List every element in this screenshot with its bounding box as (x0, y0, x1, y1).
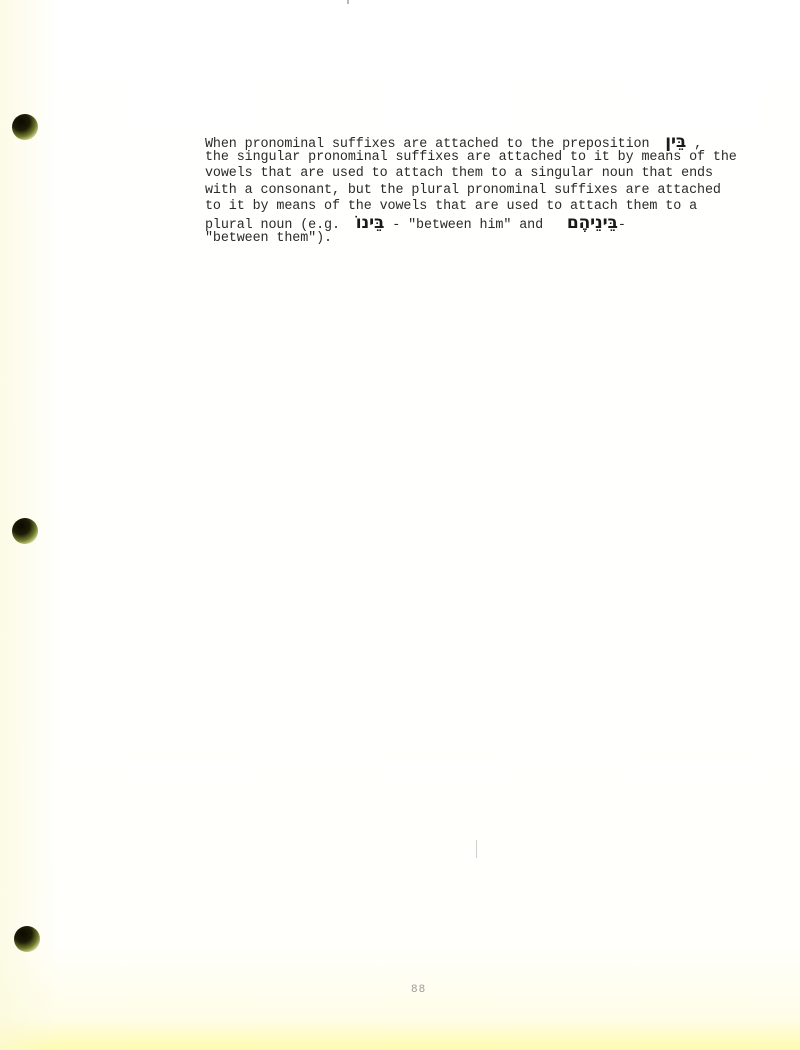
line-text: - "between him" and (384, 218, 567, 233)
body-paragraph: When pronominal suffixes are attached to… (205, 134, 765, 247)
punch-hole-icon (12, 518, 38, 544)
punch-hole-icon (12, 114, 38, 140)
text-line: with a consonant, but the plural pronomi… (205, 183, 765, 199)
text-line: vowels that are used to attach them to a… (205, 166, 765, 182)
text-line: to it by means of the vowels that are us… (205, 199, 765, 215)
text-line: When pronominal suffixes are attached to… (205, 134, 765, 150)
line-text: to it by means of the vowels that are us… (205, 199, 697, 214)
line-text: the singular pronominal suffixes are att… (205, 150, 737, 165)
document-page: When pronominal suffixes are attached to… (0, 0, 800, 1050)
scan-artifact-mark (347, 0, 349, 4)
line-text: with a consonant, but the plural pronomi… (205, 183, 721, 198)
text-line: plural noun (e.g. בֵּינוֹ - "between him… (205, 215, 765, 231)
scan-artifact-mark (476, 840, 477, 858)
line-text: vowels that are used to attach them to a… (205, 166, 713, 181)
hebrew-word-beineihem: בֵּינֵיהֶם (567, 215, 618, 231)
line-text: "between them"). (205, 231, 332, 246)
text-line: the singular pronominal suffixes are att… (205, 150, 765, 166)
text-line: "between them"). (205, 231, 765, 247)
page-number: 88 (411, 984, 426, 996)
hebrew-word-bein: בֵּין (665, 134, 686, 150)
hebrew-word-beino: בֵּינוֹ (356, 215, 385, 231)
line-text: - (618, 218, 626, 233)
punch-hole-icon (14, 926, 40, 952)
